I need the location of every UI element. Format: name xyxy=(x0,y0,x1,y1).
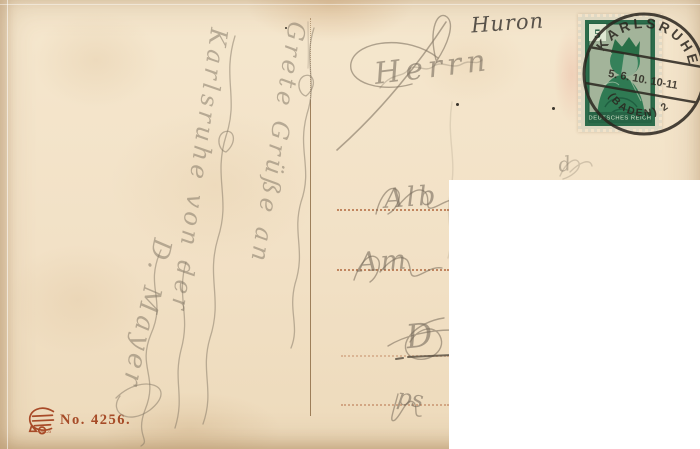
postmark-icon: KARLSRUHE (BADEN) 2 5. 6. 10. 10-11 xyxy=(540,0,700,160)
postmark-region: (BADEN) 2 xyxy=(603,89,673,124)
postcard-back: Grete Grüße an Karlsruhe von der D. Maye… xyxy=(0,0,700,449)
annotation-huron: Huron xyxy=(470,8,545,37)
address-squiggle: ps xyxy=(395,384,425,413)
postmark-town: KARLSRUHE xyxy=(591,6,700,70)
ink-speck xyxy=(285,27,287,29)
svg-text:(BADEN) 2: (BADEN) 2 xyxy=(603,89,673,124)
address-flourish: D xyxy=(404,315,434,357)
privacy-mask xyxy=(449,180,700,449)
address-line-3: Am xyxy=(357,244,410,278)
ink-speck xyxy=(456,103,459,106)
svg-text:KARLSRUHE: KARLSRUHE xyxy=(591,6,700,70)
address-line-2: Alb xyxy=(383,180,439,215)
